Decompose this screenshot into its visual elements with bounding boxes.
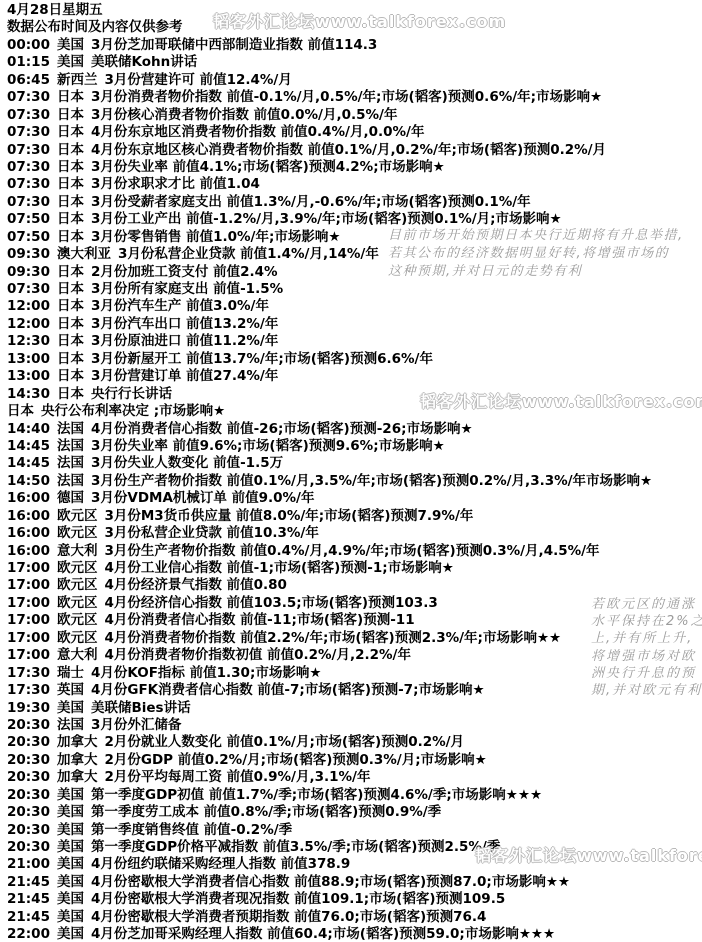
event-detail: 第一季度销售终值 前值-0.2%/季 [91, 822, 292, 838]
event-region: 美国 [57, 37, 84, 54]
event-detail: 4月份消费者物价指数 前值2.2%/年;市场(韬客)预测2.3%/年;市场影响★… [104, 630, 561, 646]
event-region: 欧元区 [57, 577, 98, 594]
event-time: 16:00 [7, 508, 50, 525]
event-region: 日本 [57, 368, 84, 385]
event-region: 加拿大 [57, 734, 98, 751]
event-time: 09:30 [7, 246, 50, 263]
event-time: 14:30 [7, 386, 50, 403]
event-detail: 3月份新屋开工 前值13.7%/年;市场(韬客)预测6.6%/年 [91, 351, 433, 367]
event-time: 17:30 [7, 665, 50, 682]
event-row: 日本央行公布利率决定 ;市场影响★ [7, 403, 702, 420]
event-time: 20:30 [7, 752, 50, 769]
event-time: 12:00 [7, 298, 50, 315]
event-detail: 4月份东京地区消费者物价指数 前值0.4%/月,0.0%/年 [91, 124, 424, 140]
event-detail: 3月份工业产出 前值-1.2%/月,3.9%/年;市场(韬客)预测0.1%/月;… [91, 211, 562, 227]
event-detail: 3月份营建许可 前值12.4%/月 [104, 72, 291, 88]
event-detail: 4月份经济信心指数 前值103.5;市场(韬客)预测103.3 [104, 595, 437, 611]
event-region: 日本 [57, 298, 84, 315]
event-detail: 3月份零售销售 前值1.0%/年;市场影响★ [91, 229, 340, 245]
event-time: 20:30 [7, 769, 50, 786]
event-detail: 4月份密歇根大学消费者预期指数 前值76.0;市场(韬客)预测76.4 [91, 909, 486, 925]
event-time: 07:30 [7, 281, 50, 298]
event-region: 美国 [57, 804, 84, 821]
event-time: 20:30 [7, 804, 50, 821]
event-time: 22:00 [7, 926, 50, 942]
event-row: 20:30加拿大2月份就业人数变化 前值0.1%/月;市场(韬客)预测0.2%/… [7, 734, 702, 751]
event-time: 13:00 [7, 351, 50, 368]
event-detail: 2月份平均每周工资 前值0.9%/月,3.1%/年 [104, 769, 370, 785]
event-region: 美国 [57, 787, 84, 804]
event-time: 20:30 [7, 839, 50, 856]
event-detail: 3月份受薪者家庭支出 前值1.3%/月,-0.6%/年;市场(韬客)预测0.1%… [91, 194, 531, 210]
event-region: 德国 [57, 490, 84, 507]
event-detail: 3月份原油进口 前值11.2%/年 [91, 333, 278, 349]
event-row: 17:30英国4月份GFK消费者信心指数 前值-7;市场(韬客)预测-7;市场影… [7, 682, 702, 699]
event-detail: 3月份芝加哥联储中西部制造业指数 前值114.3 [91, 37, 377, 53]
event-detail: 4月份消费者物价指数初值 前值0.2%/月,2.2%/年 [104, 647, 410, 663]
event-row: 20:30美国第一季度销售终值 前值-0.2%/季 [7, 822, 702, 839]
event-row: 17:00意大利4月份消费者物价指数初值 前值0.2%/月,2.2%/年 [7, 647, 702, 664]
event-time: 16:00 [7, 525, 50, 542]
event-time: 07:30 [7, 89, 50, 106]
event-region: 意大利 [57, 543, 98, 560]
event-row: 14:50法国3月份生产者物价指数 前值0.1%/月,3.5%/年;市场(韬客)… [7, 473, 702, 490]
event-region: 美国 [57, 839, 84, 856]
event-row: 07:30日本3月份核心消费者物价指数 前值0.0%/月,0.5%/年 [7, 107, 702, 124]
event-time: 17:00 [7, 647, 50, 664]
event-time: 14:40 [7, 421, 50, 438]
event-region: 法国 [57, 438, 84, 455]
event-row: 22:00美国4月份芝加哥采购经理人指数 前值60.4;市场(韬客)预测59.0… [7, 926, 702, 942]
event-time: 13:00 [7, 368, 50, 385]
event-row: 16:00德国3月份VDMA机械订单 前值9.0%/年 [7, 490, 702, 507]
event-region: 欧元区 [57, 508, 98, 525]
event-region: 欧元区 [57, 525, 98, 542]
event-detail: 央行公布利率决定 ;市场影响★ [41, 403, 225, 419]
event-region: 日本 [57, 211, 84, 228]
event-region: 美国 [57, 926, 84, 942]
event-list: 00:00美国3月份芝加哥联储中西部制造业指数 前值114.301:15美国美联… [7, 37, 702, 942]
event-row: 12:00日本3月份汽车出口 前值13.2%/年 [7, 316, 702, 333]
event-time: 14:50 [7, 473, 50, 490]
event-row: 19:30美国美联储Bies讲话 [7, 700, 702, 717]
event-detail: 3月份生产者物价指数 前值0.1%/月,3.5%/年;市场(韬客)预测0.2%/… [91, 473, 652, 489]
event-detail: 第一季度GDP价格平减指数 前值3.5%/季;市场(韬客)预测2.5%/季 [91, 839, 500, 855]
event-detail: 3月份核心消费者物价指数 前值0.0%/月,0.5%/年 [91, 107, 397, 123]
event-region: 美国 [57, 891, 84, 908]
event-region: 欧元区 [57, 595, 98, 612]
event-detail: 2月份GDP 前值0.2%/月;市场(韬客)预测0.3%/月;市场影响★ [104, 752, 486, 768]
event-row: 07:30日本3月份消费者物价指数 前值-0.1%/月,0.5%/年;市场(韬客… [7, 89, 702, 106]
event-detail: 4月份芝加哥采购经理人指数 前值60.4;市场(韬客)预测59.0;市场影响★★… [91, 926, 555, 942]
event-region: 日本 [57, 386, 84, 403]
event-detail: 美联储Bies讲话 [91, 700, 191, 716]
event-region: 日本 [57, 124, 84, 141]
event-detail: 3月份汽车生产 前值3.0%/年 [91, 298, 269, 314]
event-time: 17:30 [7, 682, 50, 699]
event-row: 07:50日本3月份零售销售 前值1.0%/年;市场影响★ [7, 229, 702, 246]
event-region: 欧元区 [57, 560, 98, 577]
disclaimer-text: 数据公布时间及内容仅供参考 [7, 19, 702, 36]
event-row: 21:45美国4月份密歇根大学消费者预期指数 前值76.0;市场(韬客)预测76… [7, 909, 702, 926]
calendar-content: 4月28日星期五 数据公布时间及内容仅供参考 00:00美国3月份芝加哥联储中西… [7, 2, 702, 942]
event-detail: 3月份外汇储备 [91, 717, 181, 733]
event-region: 澳大利亚 [57, 246, 111, 263]
event-row: 17:00欧元区4月份经济信心指数 前值103.5;市场(韬客)预测103.3 [7, 595, 702, 612]
event-detail: 第一季度GDP初值 前值1.7%/季;市场(韬客)预测4.6%/季;市场影响★★… [91, 787, 542, 803]
event-row: 07:50日本3月份工业产出 前值-1.2%/月,3.9%/年;市场(韬客)预测… [7, 211, 702, 228]
event-time: 17:00 [7, 560, 50, 577]
event-row: 16:00意大利3月份生产者物价指数 前值0.4%/月,4.9%/年;市场(韬客… [7, 543, 702, 560]
event-detail: 4月份工业信心指数 前值-1;市场(韬客)预测-1;市场影响★ [104, 560, 453, 576]
event-detail: 4月份东京地区核心消费者物价指数 前值0.1%/月,0.2%/年;市场(韬客)预… [91, 142, 606, 158]
event-detail: 4月份经济景气指数 前值0.80 [104, 577, 286, 593]
event-time: 17:00 [7, 630, 50, 647]
event-region: 日本 [57, 281, 84, 298]
event-detail: 央行行长讲话 [91, 386, 172, 402]
date-title: 4月28日星期五 [7, 2, 702, 19]
event-row: 12:00日本3月份汽车生产 前值3.0%/年 [7, 298, 702, 315]
event-time: 07:30 [7, 194, 50, 211]
event-row: 07:30日本3月份所有家庭支出 前值-1.5% [7, 281, 702, 298]
event-region: 加拿大 [57, 769, 98, 786]
event-time: 14:45 [7, 438, 50, 455]
event-row: 20:30美国第一季度劳工成本 前值0.8%/季;市场(韬客)预测0.9%/季 [7, 804, 702, 821]
event-region: 日本 [57, 333, 84, 350]
event-row: 01:15美国美联储Kohn讲话 [7, 54, 702, 71]
event-row: 12:30日本3月份原油进口 前值11.2%/年 [7, 333, 702, 350]
event-row: 09:30澳大利亚3月份私营企业贷款 前值1.4%/月,14%/年 [7, 246, 702, 263]
event-row: 07:30日本4月份东京地区消费者物价指数 前值0.4%/月,0.0%/年 [7, 124, 702, 141]
event-region: 法国 [57, 717, 84, 734]
event-time: 21:45 [7, 909, 50, 926]
event-region: 意大利 [57, 647, 98, 664]
event-time: 07:30 [7, 142, 50, 159]
event-detail: 4月份GFK消费者信心指数 前值-7;市场(韬客)预测-7;市场影响★ [91, 682, 485, 698]
event-time: 16:00 [7, 543, 50, 560]
event-row: 09:30日本2月份加班工资支付 前值2.4% [7, 264, 702, 281]
event-row: 06:45新西兰3月份营建许可 前值12.4%/月 [7, 72, 702, 89]
event-time: 20:30 [7, 787, 50, 804]
event-row: 17:00欧元区4月份经济景气指数 前值0.80 [7, 577, 702, 594]
event-region: 美国 [57, 856, 84, 873]
event-row: 13:00日本3月份新屋开工 前值13.7%/年;市场(韬客)预测6.6%/年 [7, 351, 702, 368]
event-time: 17:00 [7, 577, 50, 594]
event-region: 新西兰 [57, 72, 98, 89]
event-detail: 4月份消费者信心指数 前值-26;市场(韬客)预测-26;市场影响★ [91, 421, 473, 437]
event-detail: 第一季度劳工成本 前值0.8%/季;市场(韬客)预测0.9%/季 [91, 804, 441, 820]
event-detail: 3月份消费者物价指数 前值-0.1%/月,0.5%/年;市场(韬客)预测0.6%… [91, 89, 602, 105]
event-detail: 3月份VDMA机械订单 前值9.0%/年 [91, 490, 315, 506]
event-detail: 4月份密歇根大学消费者现况指数 前值109.1;市场(韬客)预测109.5 [91, 891, 505, 907]
event-time: 06:45 [7, 72, 50, 89]
event-row: 21:45美国4月份密歇根大学消费者现况指数 前值109.1;市场(韬客)预测1… [7, 891, 702, 908]
event-region: 日本 [57, 159, 84, 176]
event-time: 21:45 [7, 891, 50, 908]
event-detail: 3月份私营企业贷款 前值1.4%/月,14%/年 [118, 246, 379, 262]
event-region: 日本 [57, 89, 84, 106]
event-detail: 4月份消费者信心指数 前值-11;市场(韬客)预测-11 [104, 612, 414, 628]
event-time: 14:45 [7, 455, 50, 472]
event-row: 17:00欧元区4月份消费者物价指数 前值2.2%/年;市场(韬客)预测2.3%… [7, 630, 702, 647]
event-row: 16:00欧元区3月份M3货币供应量 前值8.0%/年;市场(韬客)预测7.9%… [7, 508, 702, 525]
event-row: 17:00欧元区4月份消费者信心指数 前值-11;市场(韬客)预测-11 [7, 612, 702, 629]
event-row: 14:45法国3月份失业率 前值9.6%;市场(韬客)预测9.6%;市场影响★ [7, 438, 702, 455]
event-row: 16:00欧元区3月份私营企业贷款 前值10.3%/年 [7, 525, 702, 542]
event-region: 日本 [57, 351, 84, 368]
event-row: 00:00美国3月份芝加哥联储中西部制造业指数 前值114.3 [7, 37, 702, 54]
event-detail: 3月份生产者物价指数 前值0.4%/月,4.9%/年;市场(韬客)预测0.3%/… [104, 543, 599, 559]
event-detail: 3月份失业人数变化 前值-1.5万 [91, 455, 283, 471]
event-time: 07:30 [7, 124, 50, 141]
event-region: 法国 [57, 455, 84, 472]
event-row: 07:30日本3月份受薪者家庭支出 前值1.3%/月,-0.6%/年;市场(韬客… [7, 194, 702, 211]
event-region: 瑞士 [57, 665, 84, 682]
event-row: 20:30美国第一季度GDP初值 前值1.7%/季;市场(韬客)预测4.6%/季… [7, 787, 702, 804]
event-detail: 3月份私营企业贷款 前值10.3%/年 [104, 525, 318, 541]
event-row: 20:30法国3月份外汇储备 [7, 717, 702, 734]
event-row: 20:30美国第一季度GDP价格平减指数 前值3.5%/季;市场(韬客)预测2.… [7, 839, 702, 856]
event-time: 01:15 [7, 54, 50, 71]
event-time: 17:00 [7, 612, 50, 629]
event-row: 17:00欧元区4月份工业信心指数 前值-1;市场(韬客)预测-1;市场影响★ [7, 560, 702, 577]
event-region: 日本 [57, 316, 84, 333]
event-time: 07:30 [7, 159, 50, 176]
event-region: 法国 [57, 421, 84, 438]
event-time: 12:30 [7, 333, 50, 350]
event-region: 日本 [57, 264, 84, 281]
event-time: 12:00 [7, 316, 50, 333]
event-detail: 3月份营建订单 前值27.4%/年 [91, 368, 278, 384]
event-region: 美国 [57, 909, 84, 926]
event-row: 20:30加拿大2月份平均每周工资 前值0.9%/月,3.1%/年 [7, 769, 702, 786]
event-time: 00:00 [7, 37, 50, 54]
event-time: 21:00 [7, 856, 50, 873]
event-time: 20:30 [7, 717, 50, 734]
event-row: 21:00美国4月份纽约联储采购经理人指数 前值378.9 [7, 856, 702, 873]
event-detail: 美联储Kohn讲话 [91, 54, 197, 70]
event-row: 07:30日本3月份失业率 前值4.1%;市场(韬客)预测4.2%;市场影响★ [7, 159, 702, 176]
event-region: 日本 [7, 403, 34, 420]
event-row: 07:30日本4月份东京地区核心消费者物价指数 前值0.1%/月,0.2%/年;… [7, 142, 702, 159]
event-region: 美国 [57, 822, 84, 839]
event-time: 09:30 [7, 264, 50, 281]
event-row: 07:30日本3月份求职求才比 前值1.04 [7, 176, 702, 193]
event-row: 20:30加拿大2月份GDP 前值0.2%/月;市场(韬客)预测0.3%/月;市… [7, 752, 702, 769]
event-region: 美国 [57, 700, 84, 717]
event-row: 17:30瑞士4月份KOF指标 前值1.30;市场影响★ [7, 665, 702, 682]
event-detail: 3月份所有家庭支出 前值-1.5% [91, 281, 283, 297]
event-region: 日本 [57, 194, 84, 211]
event-region: 美国 [57, 874, 84, 891]
event-detail: 4月份KOF指标 前值1.30;市场影响★ [91, 665, 321, 681]
event-detail: 3月份M3货币供应量 前值8.0%/年;市场(韬客)预测7.9%/年 [104, 508, 473, 524]
event-row: 14:45法国3月份失业人数变化 前值-1.5万 [7, 455, 702, 472]
event-region: 日本 [57, 176, 84, 193]
event-detail: 4月份纽约联储采购经理人指数 前值378.9 [91, 856, 350, 872]
event-detail: 3月份失业率 前值9.6%;市场(韬客)预测9.6%;市场影响★ [91, 438, 445, 454]
event-detail: 3月份求职求才比 前值1.04 [91, 176, 260, 192]
event-time: 07:30 [7, 107, 50, 124]
event-region: 英国 [57, 682, 84, 699]
event-region: 法国 [57, 473, 84, 490]
event-time: 19:30 [7, 700, 50, 717]
event-detail: 2月份就业人数变化 前值0.1%/月;市场(韬客)预测0.2%/月 [104, 734, 464, 750]
event-time: 20:30 [7, 734, 50, 751]
event-region: 美国 [57, 54, 84, 71]
event-row: 13:00日本3月份营建订单 前值27.4%/年 [7, 368, 702, 385]
event-time: 07:50 [7, 211, 50, 228]
event-region: 欧元区 [57, 612, 98, 629]
event-time: 16:00 [7, 490, 50, 507]
event-time: 07:30 [7, 176, 50, 193]
event-detail: 2月份加班工资支付 前值2.4% [91, 264, 278, 280]
economic-calendar-page: 4月28日星期五 数据公布时间及内容仅供参考 00:00美国3月份芝加哥联储中西… [0, 0, 702, 942]
event-row: 21:45美国4月份密歇根大学消费者信心指数 前值88.9;市场(韬客)预测87… [7, 874, 702, 891]
event-time: 07:50 [7, 229, 50, 246]
event-detail: 3月份汽车出口 前值13.2%/年 [91, 316, 278, 332]
event-region: 日本 [57, 107, 84, 124]
event-time: 17:00 [7, 595, 50, 612]
event-row: 14:40法国4月份消费者信心指数 前值-26;市场(韬客)预测-26;市场影响… [7, 421, 702, 438]
event-region: 日本 [57, 229, 84, 246]
event-region: 日本 [57, 142, 84, 159]
event-region: 加拿大 [57, 752, 98, 769]
event-detail: 4月份密歇根大学消费者信心指数 前值88.9;市场(韬客)预测87.0;市场影响… [91, 874, 570, 890]
event-time: 21:45 [7, 874, 50, 891]
event-detail: 3月份失业率 前值4.1%;市场(韬客)预测4.2%;市场影响★ [91, 159, 445, 175]
event-row: 14:30日本央行行长讲话 [7, 386, 702, 403]
event-region: 欧元区 [57, 630, 98, 647]
event-time: 20:30 [7, 822, 50, 839]
